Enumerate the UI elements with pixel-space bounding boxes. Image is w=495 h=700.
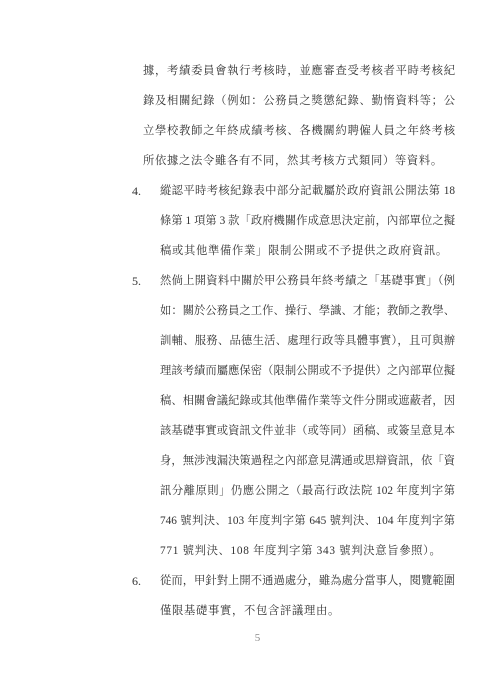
text-line: 僅限基礎事實，不包含評議理由。 (160, 596, 455, 626)
list-item: 4.縱認平時考核紀錄表中部分記載屬於政府資訊公開法第 18條第 1 項第 3 款… (132, 176, 455, 266)
text-line: 771 號判決、108 年度判字第 343 號判決意旨參照）。 (160, 536, 455, 566)
list-item: 5.然倘上開資料中關於甲公務員年終考績之「基礎事實」（例如：關於公務員之工作、操… (132, 266, 455, 566)
document-body: 據，考績委員會執行考核時，並應審查受考核者平時考核紀錄及相關紀錄（例如：公務員之… (132, 56, 462, 626)
paragraph-continuation: 據，考績委員會執行考核時，並應審查受考核者平時考核紀錄及相關紀錄（例如：公務員之… (143, 56, 455, 176)
text-line: 身，無涉洩漏決策過程之內部意見溝通或思辯資訊，依「資 (160, 446, 455, 476)
text-line: 條第 1 項第 3 款「政府機關作成意思決定前，內部單位之擬 (160, 206, 455, 236)
list-item-number: 4. (132, 176, 141, 206)
text-line: 訊分離原則」仍應公開之（最高行政法院 102 年度判字第 (160, 476, 455, 506)
text-line: 錄及相關紀錄（例如：公務員之獎懲紀錄、勤惰資料等；公 (143, 86, 455, 116)
text-line: 稿或其他準備作業」限制公開或不予提供之政府資訊。 (160, 236, 455, 266)
text-line: 立學校教師之年終成績考核、各機關約聘僱人員之年終考核 (143, 116, 455, 146)
text-line: 訓輔、服務、品德生活、處理行政等具體事實），且可與辦 (160, 326, 455, 356)
list-item-number: 6. (132, 566, 141, 596)
text-line: 如：關於公務員之工作、操行、學識、才能；教師之教學、 (160, 296, 455, 326)
text-line: 然倘上開資料中關於甲公務員年終考績之「基礎事實」（例 (160, 266, 455, 296)
page-number: 5 (20, 632, 495, 644)
text-line: 從而，甲針對上開不通過處分，雖為處分當事人，閱覽範圍 (160, 566, 455, 596)
text-line: 該基礎事實或資訊文件並非（或等同）函稿、或簽呈意見本 (160, 416, 455, 446)
text-line: 縱認平時考核紀錄表中部分記載屬於政府資訊公開法第 18 (160, 176, 455, 206)
text-line: 據，考績委員會執行考核時，並應審查受考核者平時考核紀 (143, 56, 455, 86)
text-line: 稿、相關會議紀錄或其他準備作業等文件分開或遮蔽者，因 (160, 386, 455, 416)
document-page: 據，考績委員會執行考核時，並應審查受考核者平時考核紀錄及相關紀錄（例如：公務員之… (0, 0, 495, 700)
list-item-number: 5. (132, 266, 141, 296)
text-line: 所依據之法令雖各有不同，然其考核方式類同）等資料。 (143, 146, 455, 176)
text-line: 746 號判決、103 年度判字第 645 號判決、104 年度判字第 (160, 506, 455, 536)
list-item: 6.從而，甲針對上開不通過處分，雖為處分當事人，閱覽範圍僅限基礎事實，不包含評議… (132, 566, 455, 626)
text-line: 理該考績而屬應保密（限制公開或不予提供）之內部單位擬 (160, 356, 455, 386)
